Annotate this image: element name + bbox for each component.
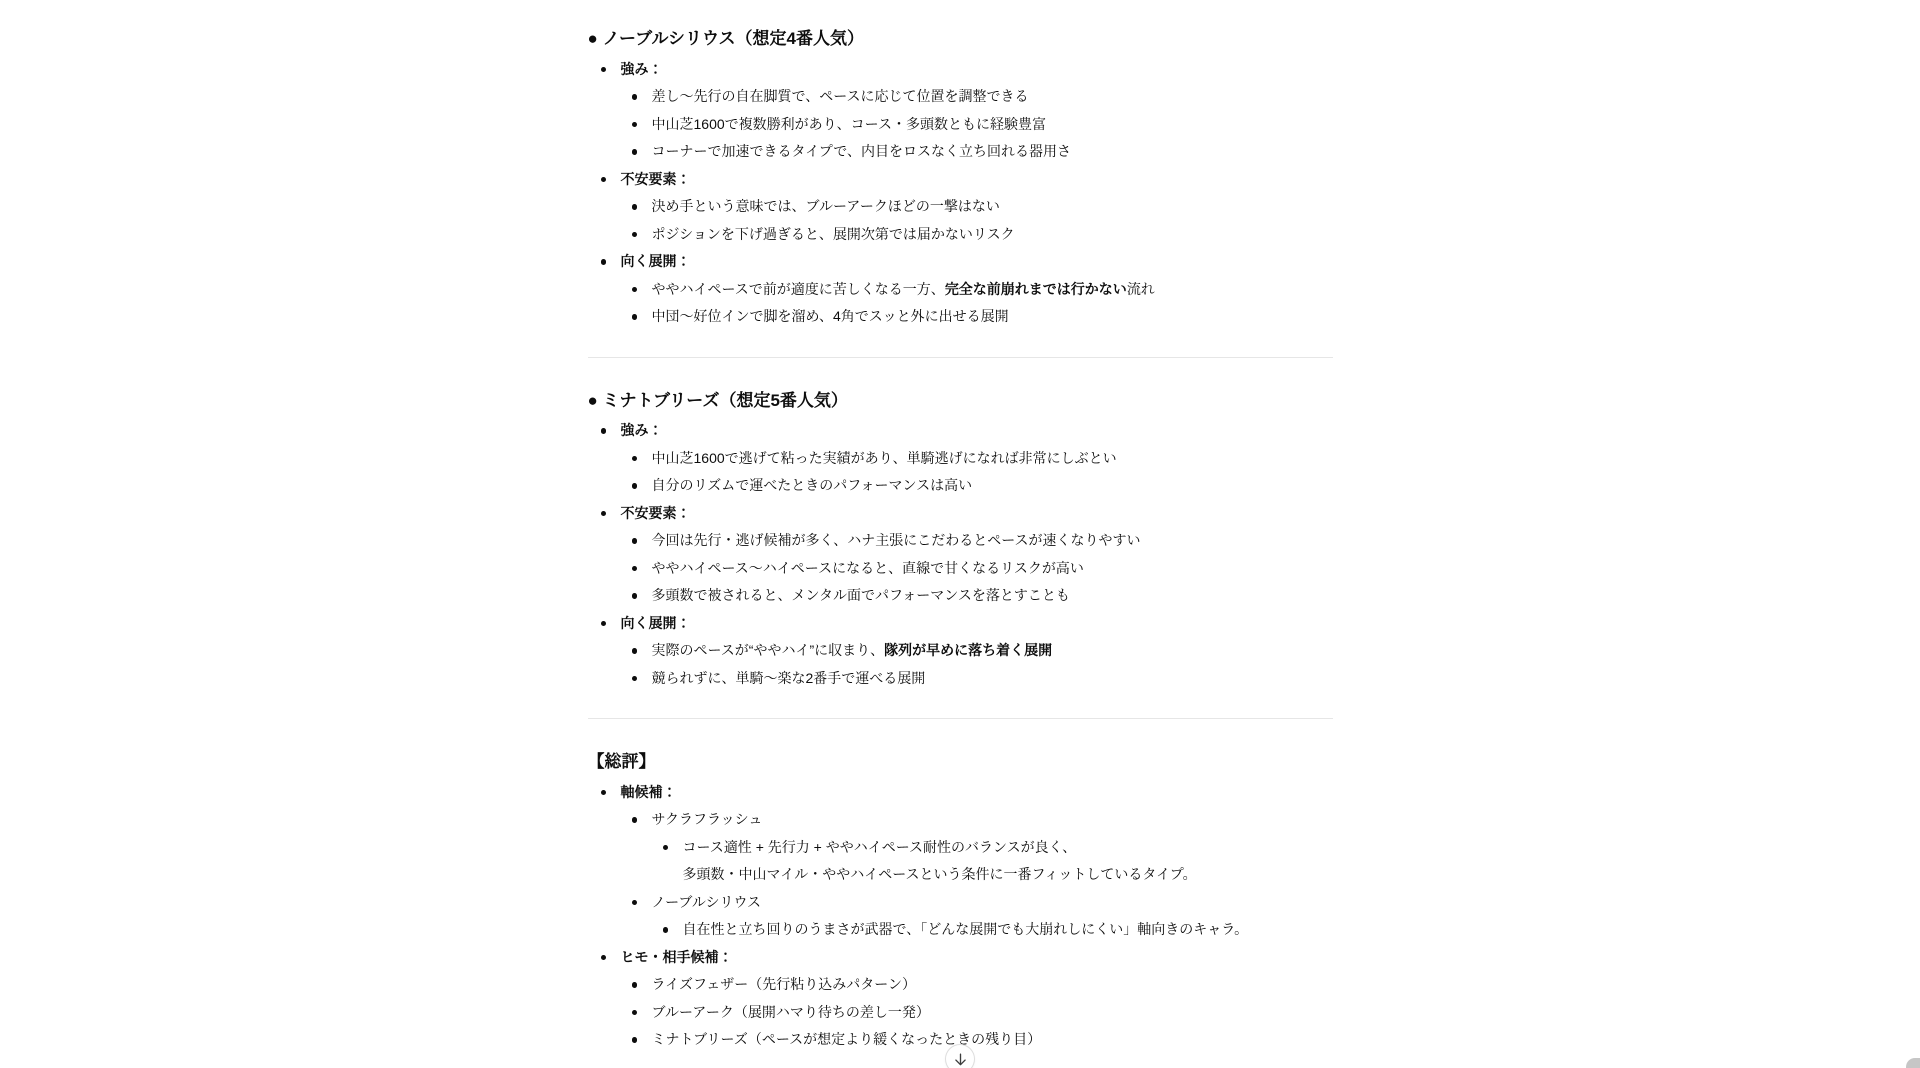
list-item: 自分のリズムで運べたときのパフォーマンスは高い [652, 472, 1333, 500]
text-run: 差し〜先行の自在脚質で、ペースに応じて位置を調整できる [652, 88, 1029, 104]
scroll-to-bottom-button[interactable] [945, 1044, 975, 1068]
section-heading: ● ミナトブリーズ（想定5番人気） [588, 387, 1333, 415]
text-run: 中山芝1600で複数勝利があり、コース・多頭数ともに経験豊富 [652, 116, 1046, 132]
bold-text-run: ヒモ・相手候補： [621, 949, 733, 965]
text-run: 流れ [1127, 281, 1155, 297]
text-run: 今回は先行・逃げ候補が多く、ハナ主張にこだわるとペースが速くなりやすい [652, 532, 1141, 548]
bullet-list-level-1: 強み：差し〜先行の自在脚質で、ペースに応じて位置を調整できる中山芝1600で複数… [588, 56, 1333, 331]
section-heading: 【総評】 [588, 748, 1333, 776]
bold-text-run: 完全な前崩れまでは行かない [945, 281, 1127, 297]
bullet-list-level-2: サクラフラッシュコース適性 + 先行力 + ややハイペース耐性のバランスが良く、… [621, 806, 1333, 944]
list-item: ヒモ・相手候補：ライズフェザー（先行粘り込みパターン）ブルーアーク（展開ハマり待… [621, 944, 1333, 1054]
text-run: 中山芝1600で逃げて粘った実績があり、単騎逃げになれば非常にしぶとい [652, 450, 1117, 466]
text-run: 中団〜好位インで脚を溜め、4角でスッと外に出せる展開 [652, 308, 1009, 324]
text-run: ポジションを下げ過ぎると、展開次第では届かないリスク [652, 226, 1015, 242]
bold-text-run: 隊列が早めに落ち着く展開 [884, 642, 1052, 658]
list-item: ノーブルシリウス自在性と立ち回りのうまさが武器で、「どんな展開でも大崩れしにくい… [652, 889, 1333, 944]
list-item: 競られずに、単騎〜楽な2番手で運べる展開 [652, 665, 1333, 693]
text-run: 自在性と立ち回りのうまさが武器で、「どんな展開でも大崩れしにくい」軸向きのキャラ… [683, 921, 1249, 937]
bold-text-run: 不安要素： [621, 171, 691, 187]
list-item: 軸候補：サクラフラッシュコース適性 + 先行力 + ややハイペース耐性のバランス… [621, 779, 1333, 944]
text-run: ノーブルシリウス [652, 894, 762, 910]
text-run: 決め手という意味では、ブルーアークほどの一撃はない [652, 198, 1000, 214]
bullet-list-level-1: 強み：中山芝1600で逃げて粘った実績があり、単騎逃げになれば非常にしぶとい自分… [588, 417, 1333, 692]
list-item: 中団〜好位インで脚を溜め、4角でスッと外に出せる展開 [652, 303, 1333, 331]
bullet-list-level-3: コース適性 + 先行力 + ややハイペース耐性のバランスが良く、多頭数・中山マイ… [652, 834, 1333, 889]
arrow-down-icon [952, 1051, 969, 1068]
text-run: 実際のペースが“ややハイ”に収まり、 [652, 642, 885, 658]
bullet-list-level-2: ライズフェザー（先行粘り込みパターン）ブルーアーク（展開ハマり待ちの差し一発）ミ… [621, 971, 1333, 1054]
list-item: 実際のペースが“ややハイ”に収まり、隊列が早めに落ち着く展開 [652, 637, 1333, 665]
list-item: ライズフェザー（先行粘り込みパターン） [652, 971, 1333, 999]
text-run: 自分のリズムで運べたときのパフォーマンスは高い [652, 477, 973, 493]
bullet-list-level-2: 差し〜先行の自在脚質で、ペースに応じて位置を調整できる中山芝1600で複数勝利が… [621, 83, 1333, 166]
text-run: 多頭数で被されると、メンタル面でパフォーマンスを落とすことも [652, 587, 1070, 603]
list-item: ややハイペースで前が適度に苦しくなる一方、完全な前崩れまでは行かない流れ [652, 276, 1333, 304]
list-item: コース適性 + 先行力 + ややハイペース耐性のバランスが良く、多頭数・中山マイ… [683, 834, 1333, 889]
section-heading: ● ノーブルシリウス（想定4番人気） [588, 25, 1333, 53]
list-item: 向く展開：実際のペースが“ややハイ”に収まり、隊列が早めに落ち着く展開競られずに… [621, 610, 1333, 693]
bold-text-run: 不安要素： [621, 505, 691, 521]
bullet-list-level-2: 実際のペースが“ややハイ”に収まり、隊列が早めに落ち着く展開競られずに、単騎〜楽… [621, 637, 1333, 692]
list-item: コーナーで加速できるタイプで、内目をロスなく立ち回れる器用さ [652, 138, 1333, 166]
section-divider [588, 357, 1333, 358]
list-item: 自在性と立ち回りのうまさが武器で、「どんな展開でも大崩れしにくい」軸向きのキャラ… [683, 916, 1333, 944]
list-item: ブルーアーク（展開ハマり待ちの差し一発） [652, 999, 1333, 1027]
bold-text-run: 軸候補： [621, 784, 677, 800]
text-run: ブルーアーク（展開ハマり待ちの差し一発） [652, 1004, 930, 1020]
list-item: 差し〜先行の自在脚質で、ペースに応じて位置を調整できる [652, 83, 1333, 111]
text-run: サクラフラッシュ [652, 811, 763, 827]
list-item: 中山芝1600で逃げて粘った実績があり、単騎逃げになれば非常にしぶとい [652, 445, 1333, 473]
text-run: 競られずに、単騎〜楽な2番手で運べる展開 [652, 670, 926, 686]
list-item: サクラフラッシュコース適性 + 先行力 + ややハイペース耐性のバランスが良く、… [652, 806, 1333, 889]
bullet-list-level-2: 決め手という意味では、ブルーアークほどの一撃はないポジションを下げ過ぎると、展開… [621, 193, 1333, 248]
bullet-list-level-2: 中山芝1600で逃げて粘った実績があり、単騎逃げになれば非常にしぶとい自分のリズ… [621, 445, 1333, 500]
list-item: 強み：中山芝1600で逃げて粘った実績があり、単騎逃げになれば非常にしぶとい自分… [621, 417, 1333, 500]
document: ● ノーブルシリウス（想定4番人気）強み：差し〜先行の自在脚質で、ペースに応じて… [588, 0, 1333, 1054]
list-item: ポジションを下げ過ぎると、展開次第では届かないリスク [652, 221, 1333, 249]
text-run: コーナーで加速できるタイプで、内目をロスなく立ち回れる器用さ [652, 143, 1071, 159]
text-run: ライズフェザー（先行粘り込みパターン） [652, 976, 916, 992]
bold-text-run: 強み： [621, 422, 663, 438]
text-run: ややハイペースで前が適度に苦しくなる一方、 [652, 281, 945, 297]
list-item: 不安要素：今回は先行・逃げ候補が多く、ハナ主張にこだわるとペースが速くなりやすい… [621, 500, 1333, 610]
list-item: 多頭数で被されると、メンタル面でパフォーマンスを落とすことも [652, 582, 1333, 610]
list-item: 強み：差し〜先行の自在脚質で、ペースに応じて位置を調整できる中山芝1600で複数… [621, 56, 1333, 166]
list-item: ややハイペース〜ハイペースになると、直線で甘くなるリスクが高い [652, 555, 1333, 583]
bold-text-run: 向く展開： [621, 253, 691, 269]
text-run: コース適性 + 先行力 + ややハイペース耐性のバランスが良く、 [683, 839, 1077, 855]
bullet-list-level-2: 今回は先行・逃げ候補が多く、ハナ主張にこだわるとペースが速くなりやすいややハイペ… [621, 527, 1333, 610]
text-run: 多頭数・中山マイル・ややハイペースという条件に一番フィットしているタイプ。 [683, 866, 1197, 882]
section-divider [588, 718, 1333, 719]
analysis-content: ● ノーブルシリウス（想定4番人気）強み：差し〜先行の自在脚質で、ペースに応じて… [588, 25, 1333, 1054]
list-item: ミナトブリーズ（ペースが想定より緩くなったときの残り目） [652, 1026, 1333, 1054]
list-item: 決め手という意味では、ブルーアークほどの一撃はない [652, 193, 1333, 221]
bullet-list-level-1: 軸候補：サクラフラッシュコース適性 + 先行力 + ややハイペース耐性のバランス… [588, 779, 1333, 1054]
bullet-list-level-3: 自在性と立ち回りのうまさが武器で、「どんな展開でも大崩れしにくい」軸向きのキャラ… [652, 916, 1333, 944]
text-run: ややハイペース〜ハイペースになると、直線で甘くなるリスクが高い [652, 560, 1084, 576]
scrollbar-corner[interactable] [1906, 1058, 1920, 1068]
list-item: 今回は先行・逃げ候補が多く、ハナ主張にこだわるとペースが速くなりやすい [652, 527, 1333, 555]
bold-text-run: 向く展開： [621, 615, 691, 631]
list-item: 向く展開：ややハイペースで前が適度に苦しくなる一方、完全な前崩れまでは行かない流… [621, 248, 1333, 331]
bullet-list-level-2: ややハイペースで前が適度に苦しくなる一方、完全な前崩れまでは行かない流れ中団〜好… [621, 276, 1333, 331]
bold-text-run: 強み： [621, 61, 663, 77]
text-run: ミナトブリーズ（ペースが想定より緩くなったときの残り目） [652, 1031, 1042, 1047]
list-item: 中山芝1600で複数勝利があり、コース・多頭数ともに経験豊富 [652, 111, 1333, 139]
list-item: 不安要素：決め手という意味では、ブルーアークほどの一撃はないポジションを下げ過ぎ… [621, 166, 1333, 249]
